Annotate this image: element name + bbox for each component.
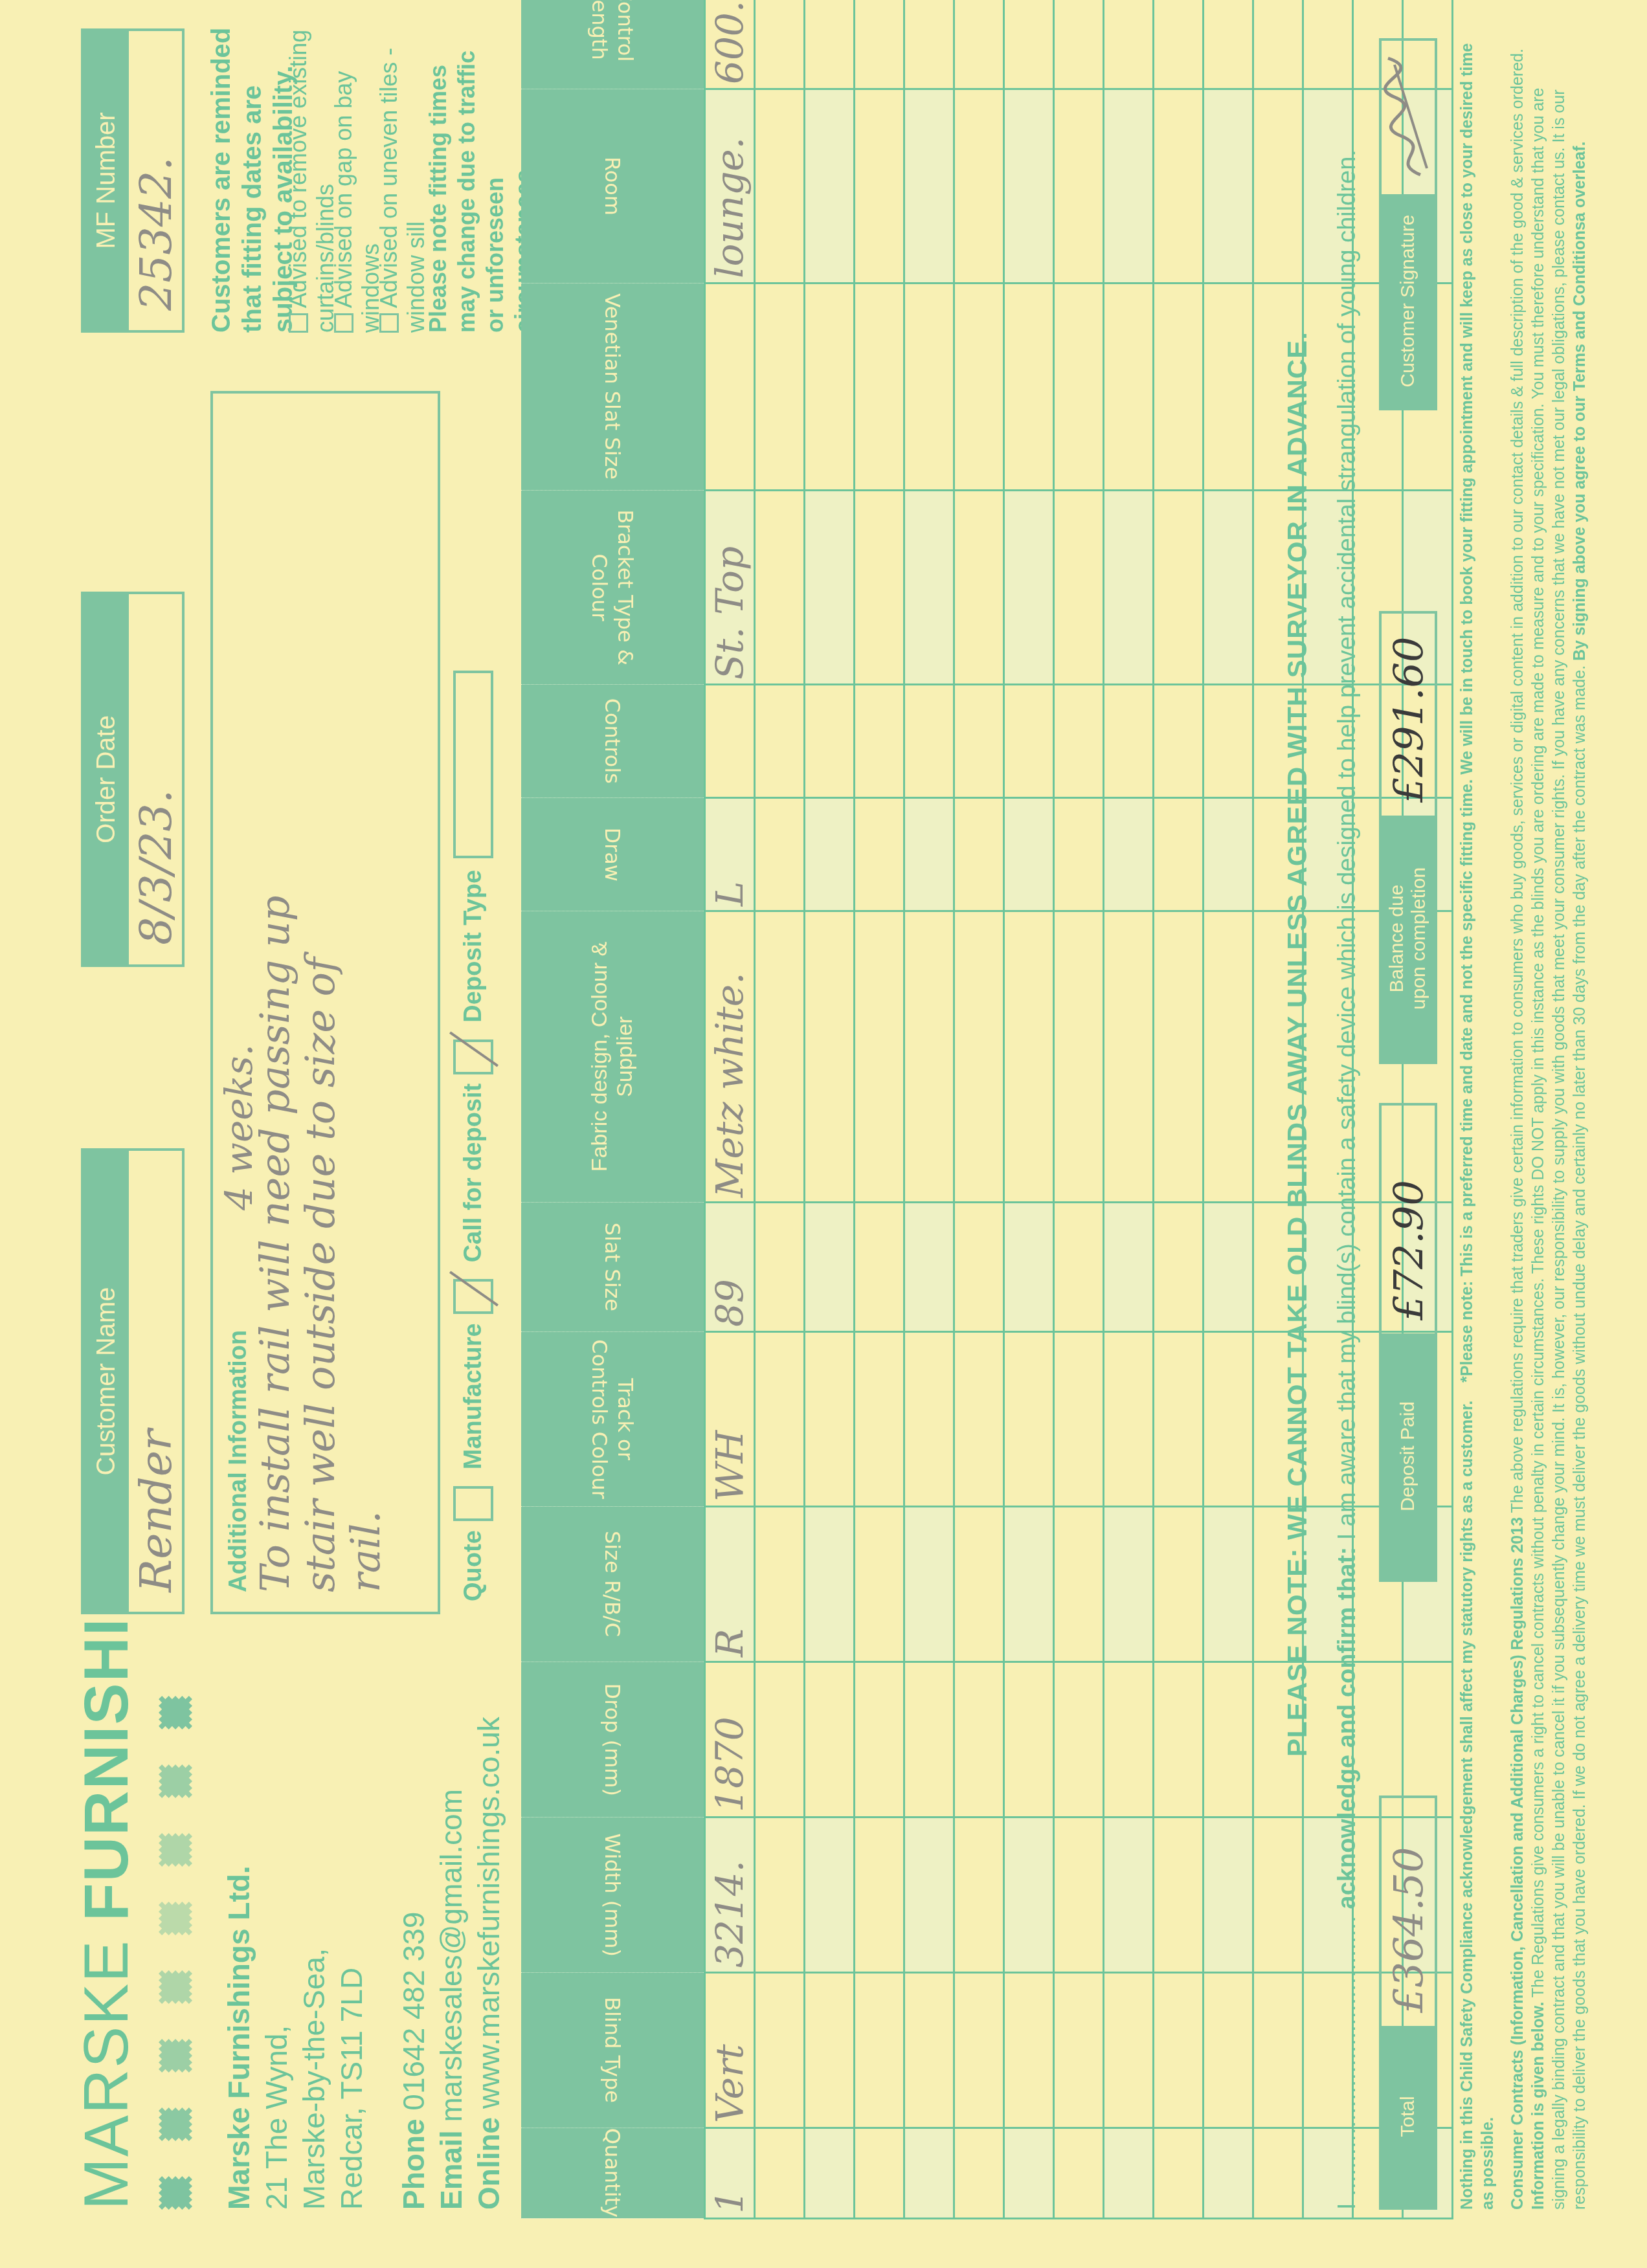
- table-cell[interactable]: [805, 1818, 855, 1973]
- terms-fine-print: Nothing in this Child Safety Compliance …: [1457, 35, 1590, 2210]
- table-row: [1204, 0, 1253, 2219]
- table-cell[interactable]: [954, 89, 1004, 283]
- table-cell[interactable]: [1104, 0, 1154, 89]
- address-line: Marske-by-the-Sea,: [295, 1865, 333, 2210]
- table-row: [805, 0, 855, 2219]
- table-cell[interactable]: [1104, 1662, 1154, 1818]
- table-cell[interactable]: [1303, 0, 1353, 89]
- table-cell[interactable]: [954, 1662, 1004, 1818]
- table-cell[interactable]: [1403, 1662, 1453, 1818]
- order-form: MARSKE FURNISHINGS Marske Furnishings Lt…: [0, 0, 1647, 2268]
- table-cell[interactable]: [1054, 89, 1104, 283]
- column-header: Track or Controls Colour: [521, 1332, 705, 1507]
- column-header: Venetian Slat Size: [521, 283, 705, 491]
- fabric-swatches: [159, 1696, 192, 2210]
- table-cell[interactable]: [1253, 1818, 1303, 1973]
- additional-info-line: To install rail will need passing up: [252, 413, 298, 1592]
- table-cell[interactable]: [1104, 1973, 1154, 2128]
- table-row: [904, 0, 954, 2219]
- table-cell[interactable]: [1104, 491, 1154, 685]
- table-cell[interactable]: [904, 798, 954, 911]
- online-label: Online: [472, 2117, 506, 2210]
- table-cell[interactable]: 3214.: [705, 1818, 755, 1973]
- table-cell[interactable]: [954, 1818, 1004, 1973]
- quote-label: Quote: [460, 1530, 487, 1601]
- table-cell[interactable]: [954, 1332, 1004, 1507]
- name-blank[interactable]: I ......................................…: [1334, 1916, 1361, 2210]
- acknowledge-label: acknowledge and confirm that:: [1334, 1547, 1361, 1909]
- column-header: Draw: [521, 798, 705, 911]
- table-cell[interactable]: [1204, 685, 1253, 798]
- call-for-deposit-label: Call for deposit: [460, 1084, 487, 1263]
- table-cell[interactable]: [1253, 2128, 1303, 2219]
- table-cell[interactable]: [1204, 798, 1253, 911]
- table-cell[interactable]: 89: [705, 1203, 755, 1332]
- customer-name-field[interactable]: Customer Name Render: [81, 1148, 185, 1614]
- table-cell[interactable]: 1870: [705, 1662, 755, 1818]
- table-cell[interactable]: [904, 491, 954, 685]
- table-cell[interactable]: [805, 1662, 855, 1818]
- lead-time-note: 4 weeks.: [217, 1044, 261, 1210]
- signature-icon: [1382, 52, 1436, 181]
- table-cell[interactable]: [1054, 911, 1104, 1203]
- acknowledge-text: I am aware that my blind(s) contain a sa…: [1334, 150, 1361, 1540]
- table-row: [1054, 0, 1104, 2219]
- table-cell[interactable]: [954, 2128, 1004, 2219]
- address-line: Redcar, TS11 7LD: [333, 1865, 370, 2210]
- table-cell[interactable]: [1104, 283, 1154, 491]
- old-blinds-notice: PLEASE NOTE: WE CANNOT TAKE OLD BLINDS A…: [1282, 331, 1313, 1757]
- table-cell[interactable]: [1204, 1332, 1253, 1507]
- address-line: 21 The Wynd,: [258, 1865, 295, 2210]
- checkbox-icon[interactable]: [379, 313, 399, 333]
- table-cell[interactable]: [1204, 1662, 1253, 1818]
- mf-number-label: MF Number: [84, 31, 129, 330]
- table-cell[interactable]: [1054, 2128, 1104, 2219]
- table-cell[interactable]: [1104, 685, 1154, 798]
- table-cell[interactable]: [705, 283, 755, 491]
- table-cell[interactable]: [954, 911, 1004, 1203]
- deposit-paid-label: Deposit Paid: [1382, 1333, 1435, 1579]
- deposit-type-field[interactable]: [453, 671, 493, 858]
- table-cell[interactable]: [1154, 685, 1204, 798]
- table-cell[interactable]: Metz white.: [705, 911, 755, 1203]
- table-cell[interactable]: [1054, 1973, 1104, 2128]
- deposit-paid-field[interactable]: Deposit Paid £72.90: [1379, 1103, 1437, 1582]
- customer-name-label: Customer Name: [84, 1151, 129, 1612]
- table-cell[interactable]: [755, 911, 805, 1203]
- checkbox-icon[interactable]: [334, 313, 353, 333]
- table-row: [1004, 0, 1054, 2219]
- table-cell[interactable]: [1004, 283, 1054, 491]
- table-cell[interactable]: [755, 1332, 805, 1507]
- swatch-icon: [159, 1764, 192, 1798]
- deposit-type-label: Deposit Type: [460, 870, 487, 1023]
- table-cell[interactable]: [805, 1973, 855, 2128]
- table-cell[interactable]: [755, 1973, 805, 2128]
- additional-information-label: Additional Information: [225, 413, 252, 1592]
- total-field[interactable]: Total £364.50: [1379, 1795, 1437, 2210]
- table-cell[interactable]: lounge.: [705, 89, 755, 283]
- table-cell[interactable]: [954, 1507, 1004, 1662]
- column-header: Drop (mm): [521, 1662, 705, 1818]
- table-cell[interactable]: [904, 1203, 954, 1332]
- table-cell[interactable]: [1104, 1818, 1154, 1973]
- balance-due-field[interactable]: Balance due upon completion £291.60: [1379, 611, 1437, 1064]
- table-cell[interactable]: [1204, 2128, 1253, 2219]
- table-cell[interactable]: [904, 1973, 954, 2128]
- table-cell[interactable]: [1104, 798, 1154, 911]
- swatch-icon: [159, 1970, 192, 2004]
- table-cell[interactable]: [755, 798, 805, 911]
- table-row: [1104, 0, 1154, 2219]
- table-cell[interactable]: [1154, 1332, 1204, 1507]
- table-cell[interactable]: [805, 491, 855, 685]
- swirl-swatch-icon: [159, 1696, 192, 1729]
- table-cell[interactable]: [1253, 0, 1303, 89]
- table-cell[interactable]: [1004, 1203, 1054, 1332]
- table-cell[interactable]: [1004, 685, 1054, 798]
- manufacture-checkbox[interactable]: [453, 1279, 493, 1314]
- table-cell[interactable]: [904, 89, 954, 283]
- table-cell[interactable]: [904, 685, 954, 798]
- signature-scribble: [1382, 52, 1435, 194]
- table-cell[interactable]: [1104, 2128, 1154, 2219]
- table-cell[interactable]: [1204, 491, 1253, 685]
- column-header: Blind Type: [521, 1973, 705, 2128]
- table-cell[interactable]: [1004, 491, 1054, 685]
- table-cell[interactable]: [855, 1203, 904, 1332]
- table-cell[interactable]: [855, 491, 904, 685]
- swatch-icon: [159, 2176, 192, 2210]
- table-cell[interactable]: [1004, 911, 1054, 1203]
- statutory-rights-note: Nothing in this Child Safety Compliance …: [1458, 1401, 1476, 2210]
- table-cell[interactable]: [755, 1507, 805, 1662]
- table-cell[interactable]: [1054, 0, 1104, 89]
- order-type-options: Quote Manufacture Call for deposit Depos…: [453, 671, 493, 1601]
- table-cell[interactable]: [954, 1203, 1004, 1332]
- customer-signature-label: Customer Signature: [1382, 194, 1435, 408]
- table-cell[interactable]: [755, 1662, 805, 1818]
- additional-info-line: rail.: [343, 413, 388, 1592]
- table-cell[interactable]: [855, 1507, 904, 1662]
- table-cell[interactable]: [954, 491, 1004, 685]
- table-cell[interactable]: [1204, 1507, 1253, 1662]
- table-cell[interactable]: [954, 798, 1004, 911]
- additional-info-line: stair well outside due to size of: [298, 413, 343, 1592]
- table-cell[interactable]: [1054, 283, 1104, 491]
- terms-link[interactable]: By signing above you agree to our Terms …: [1571, 141, 1589, 660]
- table-cell[interactable]: [1004, 0, 1054, 89]
- table-cell[interactable]: [1154, 2128, 1204, 2219]
- table-cell[interactable]: [1004, 798, 1054, 911]
- table-cell[interactable]: [805, 0, 855, 89]
- table-cell[interactable]: [1154, 1662, 1204, 1818]
- table-row: [755, 0, 805, 2219]
- table-cell[interactable]: [805, 798, 855, 911]
- table-cell[interactable]: [755, 0, 805, 89]
- table-cell[interactable]: [755, 685, 805, 798]
- table-cell[interactable]: [904, 1818, 954, 1973]
- table-cell[interactable]: [1054, 1203, 1104, 1332]
- table-cell[interactable]: [904, 2128, 954, 2219]
- table-cell[interactable]: [1154, 89, 1204, 283]
- table-cell[interactable]: [1004, 1973, 1054, 2128]
- logo-text-light: MARSKE: [72, 1940, 141, 2210]
- table-cell[interactable]: [1204, 1203, 1253, 1332]
- table-cell[interactable]: [904, 911, 954, 1203]
- mf-number-value: 25342.: [129, 31, 185, 330]
- table-row: [855, 0, 904, 2219]
- table-cell[interactable]: [1104, 89, 1154, 283]
- column-header: Quantity: [521, 2128, 705, 2219]
- table-cell[interactable]: [1104, 911, 1154, 1203]
- table-cell[interactable]: [855, 1332, 904, 1507]
- table-cell[interactable]: [1154, 1507, 1204, 1662]
- company-name: Marske Furnishings Ltd.: [220, 1865, 258, 2210]
- phone-number: 01642 482 339: [397, 1912, 431, 2111]
- table-row: [954, 0, 1004, 2219]
- table-cell[interactable]: [1154, 1203, 1204, 1332]
- additional-information-box[interactable]: Additional Information 4 weeks. To insta…: [210, 391, 440, 1614]
- table-cell[interactable]: [1004, 2128, 1054, 2219]
- table-cell[interactable]: WH: [705, 1332, 755, 1507]
- email-address: marskesales@gmail.com: [434, 1789, 468, 2122]
- table-cell[interactable]: [954, 1973, 1004, 2128]
- column-header: Room: [521, 89, 705, 283]
- table-cell[interactable]: [855, 0, 904, 89]
- table-cell[interactable]: R: [705, 1507, 755, 1662]
- order-date-field[interactable]: Order Date 8/3/23.: [81, 592, 185, 967]
- table-cell[interactable]: [805, 1507, 855, 1662]
- table-cell[interactable]: [904, 1332, 954, 1507]
- table-cell[interactable]: [705, 685, 755, 798]
- order-items-table: QuantityBlind TypeWidth (mm)Drop (mm)Siz…: [521, 0, 1453, 2219]
- table-cell[interactable]: [1154, 911, 1204, 1203]
- table-cell[interactable]: [1204, 283, 1253, 491]
- table-cell[interactable]: [1054, 1332, 1104, 1507]
- table-cell[interactable]: [954, 685, 1004, 798]
- table-cell[interactable]: [954, 283, 1004, 491]
- table-cell[interactable]: [805, 685, 855, 798]
- table-cell[interactable]: [755, 283, 805, 491]
- table-cell[interactable]: [1054, 685, 1104, 798]
- table-cell[interactable]: [1054, 491, 1104, 685]
- balance-due-value: £291.60: [1382, 637, 1435, 816]
- table-cell[interactable]: [1104, 1507, 1154, 1662]
- table-cell[interactable]: [1154, 1818, 1204, 1973]
- table-row: [1154, 0, 1204, 2219]
- table-cell[interactable]: [755, 491, 805, 685]
- column-header: Width (mm): [521, 1818, 705, 1973]
- phone-label: Phone: [397, 2118, 431, 2210]
- mf-number-field[interactable]: MF Number 25342.: [81, 28, 185, 333]
- table-cell[interactable]: [855, 89, 904, 283]
- table-cell[interactable]: [1154, 491, 1204, 685]
- table-cell[interactable]: [1104, 1203, 1154, 1332]
- table-cell[interactable]: [1154, 1973, 1204, 2128]
- column-header: Slat Size: [521, 1203, 705, 1332]
- table-cell[interactable]: [1204, 0, 1253, 89]
- email-label: Email: [434, 2130, 468, 2210]
- table-cell[interactable]: [805, 1332, 855, 1507]
- table-cell[interactable]: [1204, 1818, 1253, 1973]
- table-cell[interactable]: [1204, 89, 1253, 283]
- total-value: £364.50: [1382, 1847, 1435, 2026]
- table-cell[interactable]: [1054, 1818, 1104, 1973]
- table-cell[interactable]: [904, 283, 954, 491]
- swatch-icon: [159, 2039, 192, 2073]
- table-cell[interactable]: [1204, 911, 1253, 1203]
- table-cell[interactable]: [1104, 1332, 1154, 1507]
- table-cell[interactable]: [855, 911, 904, 1203]
- balance-due-label: Balance due upon completion: [1382, 816, 1435, 1062]
- table-cell[interactable]: [1004, 89, 1054, 283]
- table-cell[interactable]: [1004, 1332, 1054, 1507]
- checkbox-icon[interactable]: [289, 313, 308, 333]
- website-url: www.marskefurnishings.co.uk: [472, 1717, 506, 2109]
- table-cell[interactable]: [1004, 1507, 1054, 1662]
- table-cell[interactable]: [855, 1973, 904, 2128]
- table-cell[interactable]: [805, 283, 855, 491]
- table-cell[interactable]: [1004, 1818, 1054, 1973]
- customer-signature-field[interactable]: Customer Signature: [1379, 38, 1437, 410]
- table-cell[interactable]: St. Top: [705, 491, 755, 685]
- swatch-icon: [159, 1833, 192, 1867]
- manufacture-label: Manufacture: [460, 1323, 487, 1469]
- advice-item[interactable]: Advised on uneven tiles - window sill: [375, 0, 430, 333]
- column-header: Fabric design, Colour & Supplier: [521, 911, 705, 1203]
- table-cell[interactable]: [805, 89, 855, 283]
- table-cell[interactable]: [1253, 89, 1303, 283]
- order-date-value: 8/3/23.: [129, 594, 185, 964]
- table-cell[interactable]: [855, 798, 904, 911]
- column-header: Size R/B/C: [521, 1507, 705, 1662]
- table-cell[interactable]: [1253, 1973, 1303, 2128]
- table-cell[interactable]: [805, 911, 855, 1203]
- table-cell[interactable]: 1: [705, 2128, 755, 2219]
- table-cell[interactable]: [954, 0, 1004, 89]
- table-cell[interactable]: [755, 2128, 805, 2219]
- table-cell[interactable]: [855, 685, 904, 798]
- table-cell[interactable]: [1054, 1507, 1104, 1662]
- table-cell[interactable]: [805, 2128, 855, 2219]
- safety-acknowledgement: I ......................................…: [1334, 150, 1361, 2210]
- customer-name-value: Render: [129, 1151, 185, 1612]
- table-cell[interactable]: [1004, 1662, 1054, 1818]
- swatch-icon: [159, 1902, 192, 1935]
- quote-checkbox[interactable]: [453, 1486, 493, 1521]
- table-cell[interactable]: [855, 2128, 904, 2219]
- table-cell[interactable]: 600.: [705, 0, 755, 89]
- table-cell[interactable]: [855, 283, 904, 491]
- table-cell[interactable]: [755, 1203, 805, 1332]
- order-date-label: Order Date: [84, 594, 129, 964]
- column-header: Bracket Type & Colour: [521, 491, 705, 685]
- swatch-icon: [159, 2107, 192, 2141]
- table-header-row: QuantityBlind TypeWidth (mm)Drop (mm)Siz…: [521, 0, 705, 2219]
- table-cell[interactable]: [904, 1507, 954, 1662]
- table-cell[interactable]: [1154, 0, 1204, 89]
- table-cell[interactable]: [855, 1818, 904, 1973]
- table-cell[interactable]: L: [705, 798, 755, 911]
- contact-details: Phone 01642 482 339 Email marskesales@gm…: [395, 1717, 508, 2210]
- table-cell[interactable]: [904, 0, 954, 89]
- table-row: 1Vert3214.1870RWH89Metz white.LSt. Toplo…: [705, 0, 755, 2219]
- table-cell[interactable]: [1154, 283, 1204, 491]
- table-cell[interactable]: [755, 89, 805, 283]
- company-address: Marske Furnishings Ltd. 21 The Wynd, Mar…: [220, 1865, 370, 2210]
- table-cell[interactable]: [755, 1818, 805, 1973]
- table-cell[interactable]: [805, 1203, 855, 1332]
- table-cell[interactable]: [1204, 1973, 1253, 2128]
- table-cell[interactable]: [1054, 798, 1104, 911]
- total-label: Total: [1382, 2026, 1435, 2207]
- table-cell[interactable]: [855, 1662, 904, 1818]
- deposit-paid-value: £72.90: [1382, 1180, 1435, 1333]
- call-for-deposit-checkbox[interactable]: [453, 1039, 493, 1074]
- column-header: Controls: [521, 685, 705, 798]
- column-header: Control Length: [521, 0, 705, 89]
- table-cell[interactable]: [1154, 798, 1204, 911]
- regulations-title: Consumer Contracts (Information, Cancell…: [1508, 1517, 1527, 2210]
- table-cell[interactable]: [904, 1662, 954, 1818]
- table-cell[interactable]: Vert: [705, 1973, 755, 2128]
- table-cell[interactable]: [1054, 1662, 1104, 1818]
